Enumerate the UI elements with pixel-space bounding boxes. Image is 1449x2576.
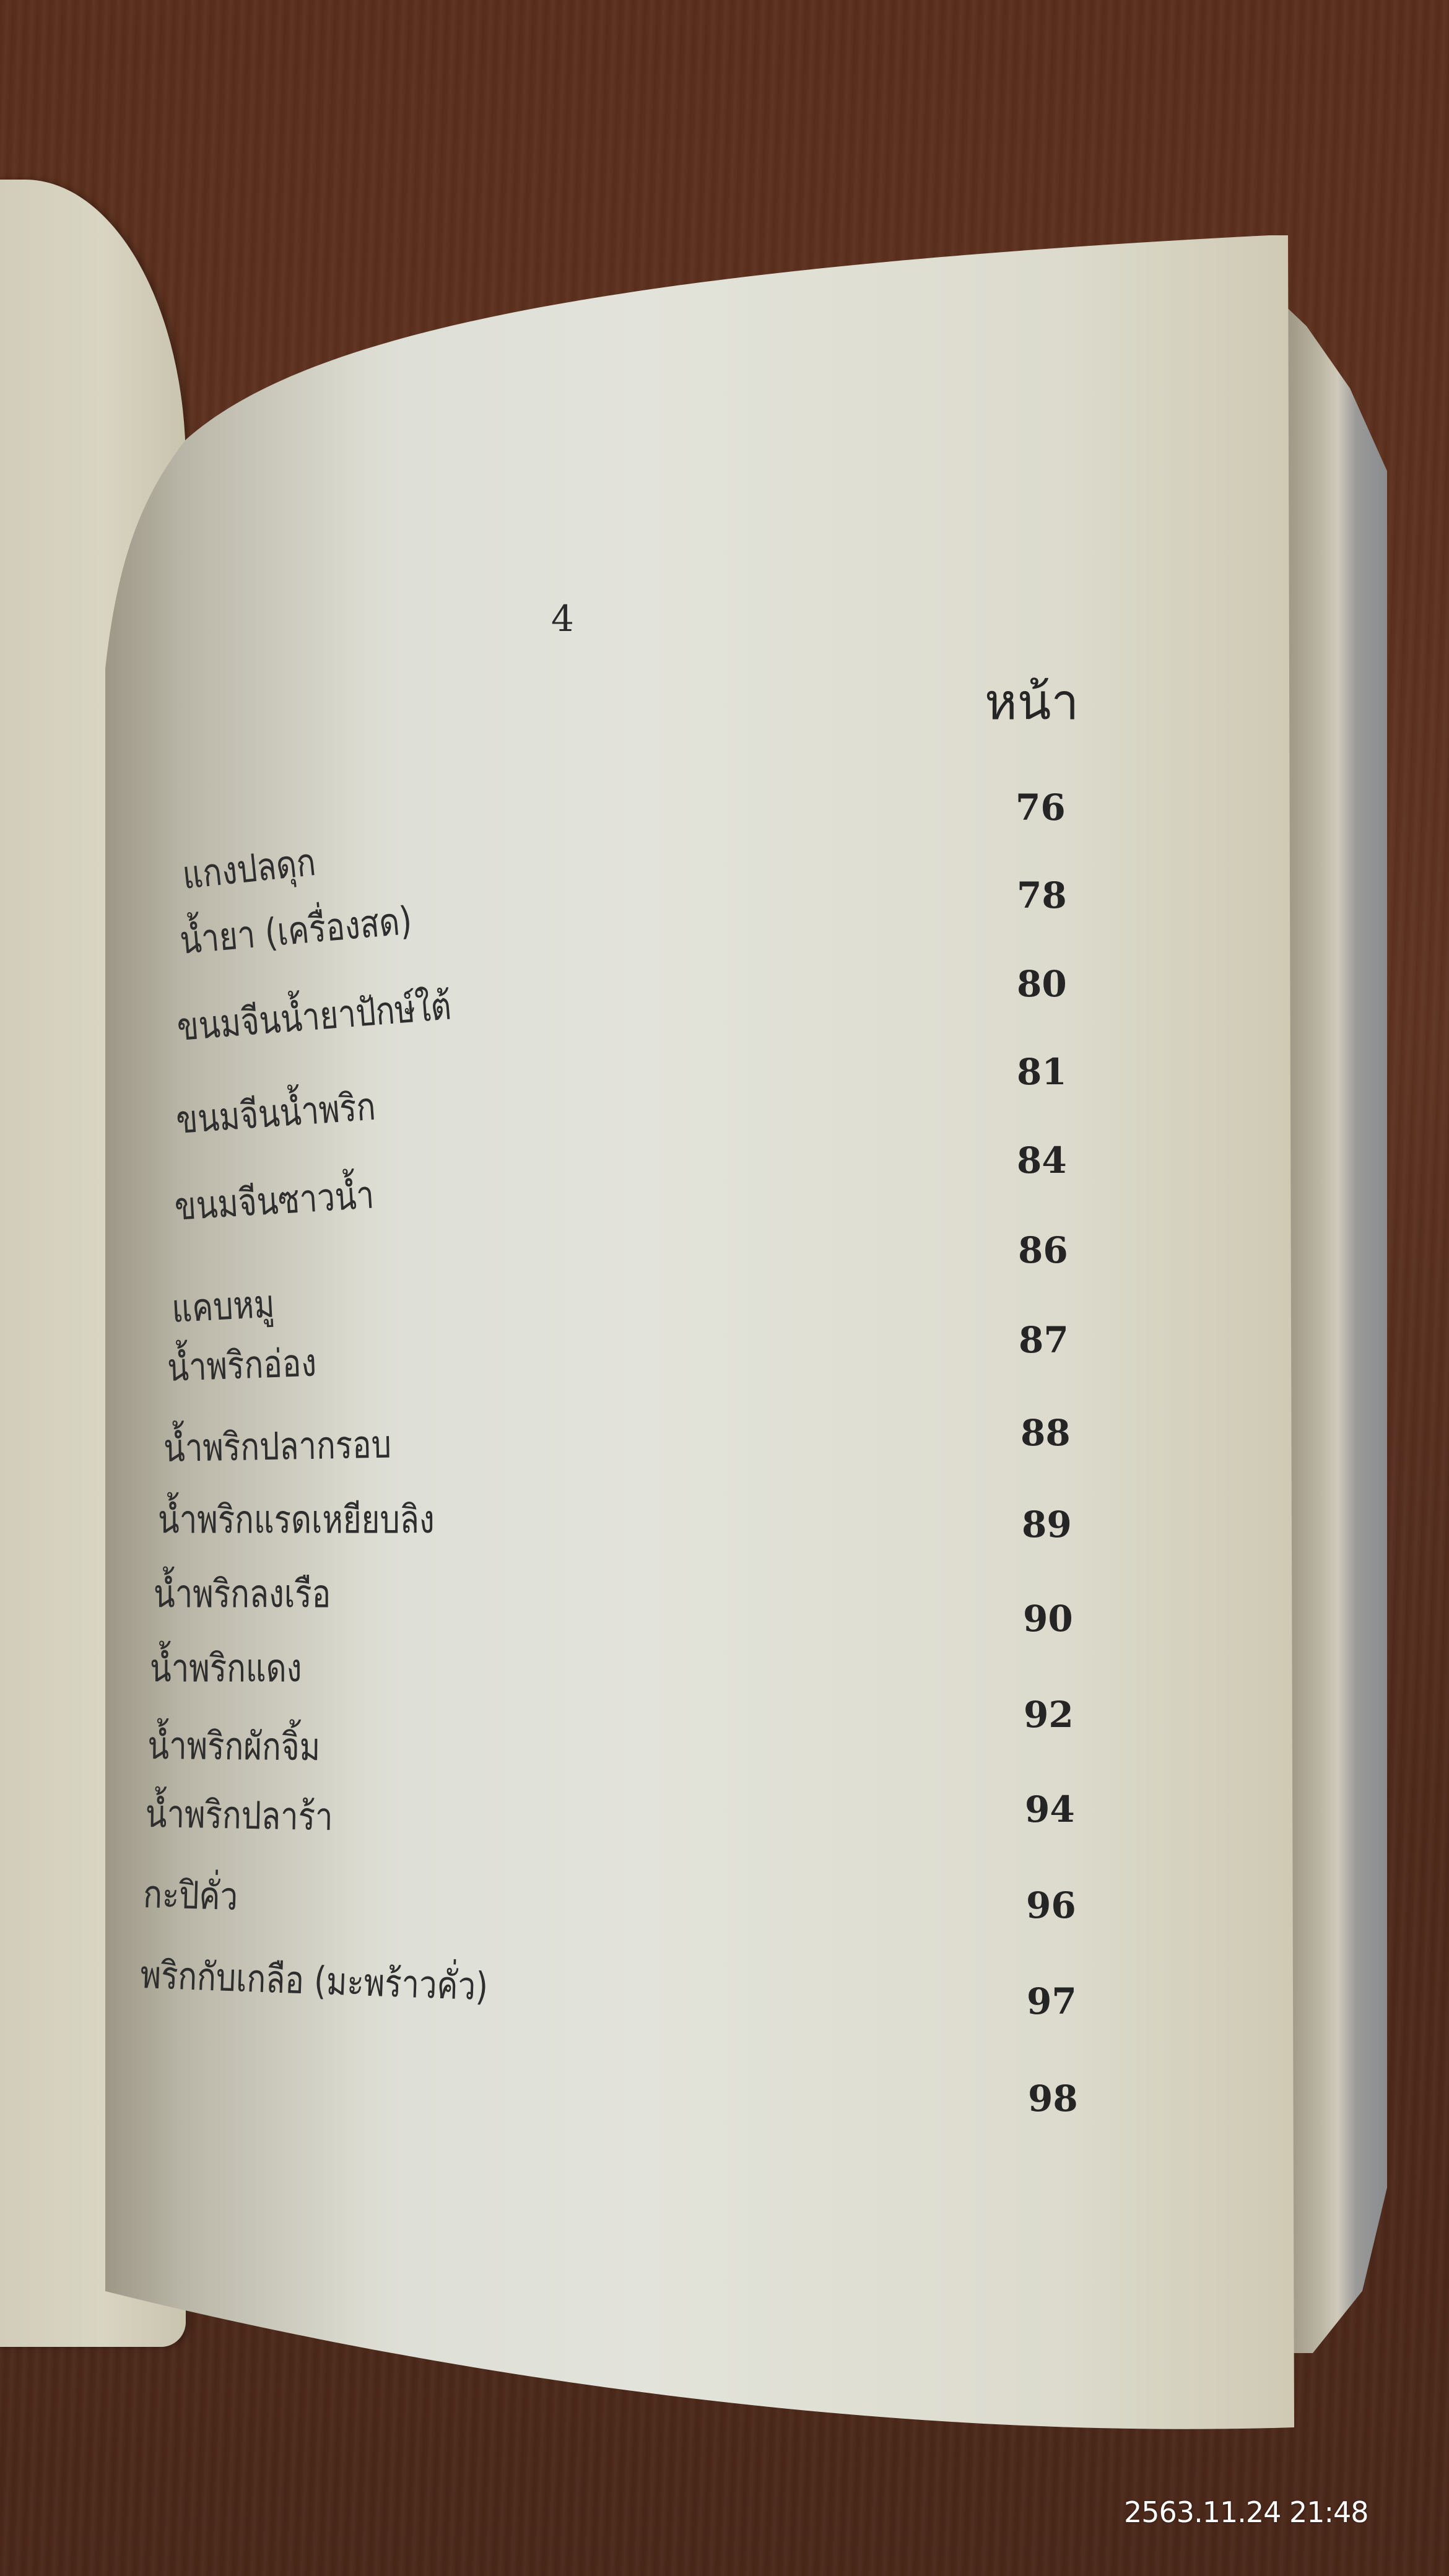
toc-entry-title: น้ำพริกแรดเหยียบลิง bbox=[158, 1489, 435, 1550]
toc-entry-title: น้ำพริกผักจิ้ม bbox=[147, 1715, 321, 1777]
toc-entry-title: ขนมจีนซาวน้ำ bbox=[173, 1164, 376, 1237]
toc-entry-page: 78 bbox=[1017, 874, 1067, 916]
page-column-header: หน้า bbox=[985, 663, 1079, 741]
toc-entry-page: 94 bbox=[1025, 1788, 1075, 1830]
toc-entry-page: 81 bbox=[1017, 1051, 1067, 1093]
toc-entry-page: 89 bbox=[1022, 1503, 1072, 1546]
toc-entry-page: 87 bbox=[1019, 1319, 1069, 1361]
toc-entry-page: 98 bbox=[1028, 2078, 1078, 2120]
toc-entry-page: 80 bbox=[1017, 963, 1067, 1005]
toc-entry-title: น้ำพริกอ่อง bbox=[167, 1333, 318, 1398]
toc-entry-title: น้ำพริกปลากรอบ bbox=[163, 1414, 391, 1479]
page-number: 4 bbox=[551, 598, 574, 640]
toc-entry-page: 90 bbox=[1023, 1598, 1073, 1640]
toc-entry-title: พริกกับเกลือ (มะพร้าวคั่ว) bbox=[139, 1944, 489, 2017]
toc-entry-page: 84 bbox=[1017, 1139, 1067, 1181]
toc-entry-page: 97 bbox=[1027, 1980, 1077, 2022]
toc-entry-title: กะปิคั่ว bbox=[142, 1864, 238, 1927]
toc-entry-page: 88 bbox=[1020, 1412, 1071, 1454]
toc-entry-page: 96 bbox=[1026, 1884, 1076, 1926]
toc-entry-page: 92 bbox=[1024, 1694, 1074, 1736]
toc-entry-title: แคบหมู bbox=[170, 1273, 276, 1339]
toc-entry-title: น้ำพริกปลาร้า bbox=[145, 1783, 333, 1847]
toc-entry-page: 76 bbox=[1016, 786, 1066, 829]
photo-timestamp: 2563.11.24 21:48 bbox=[1124, 2495, 1368, 2529]
toc-entry-title: น้ำพริกแดง bbox=[150, 1638, 302, 1699]
toc-entry-title: น้ำพริกลงเรือ bbox=[154, 1564, 331, 1624]
toc-entry-page: 86 bbox=[1018, 1229, 1068, 1271]
